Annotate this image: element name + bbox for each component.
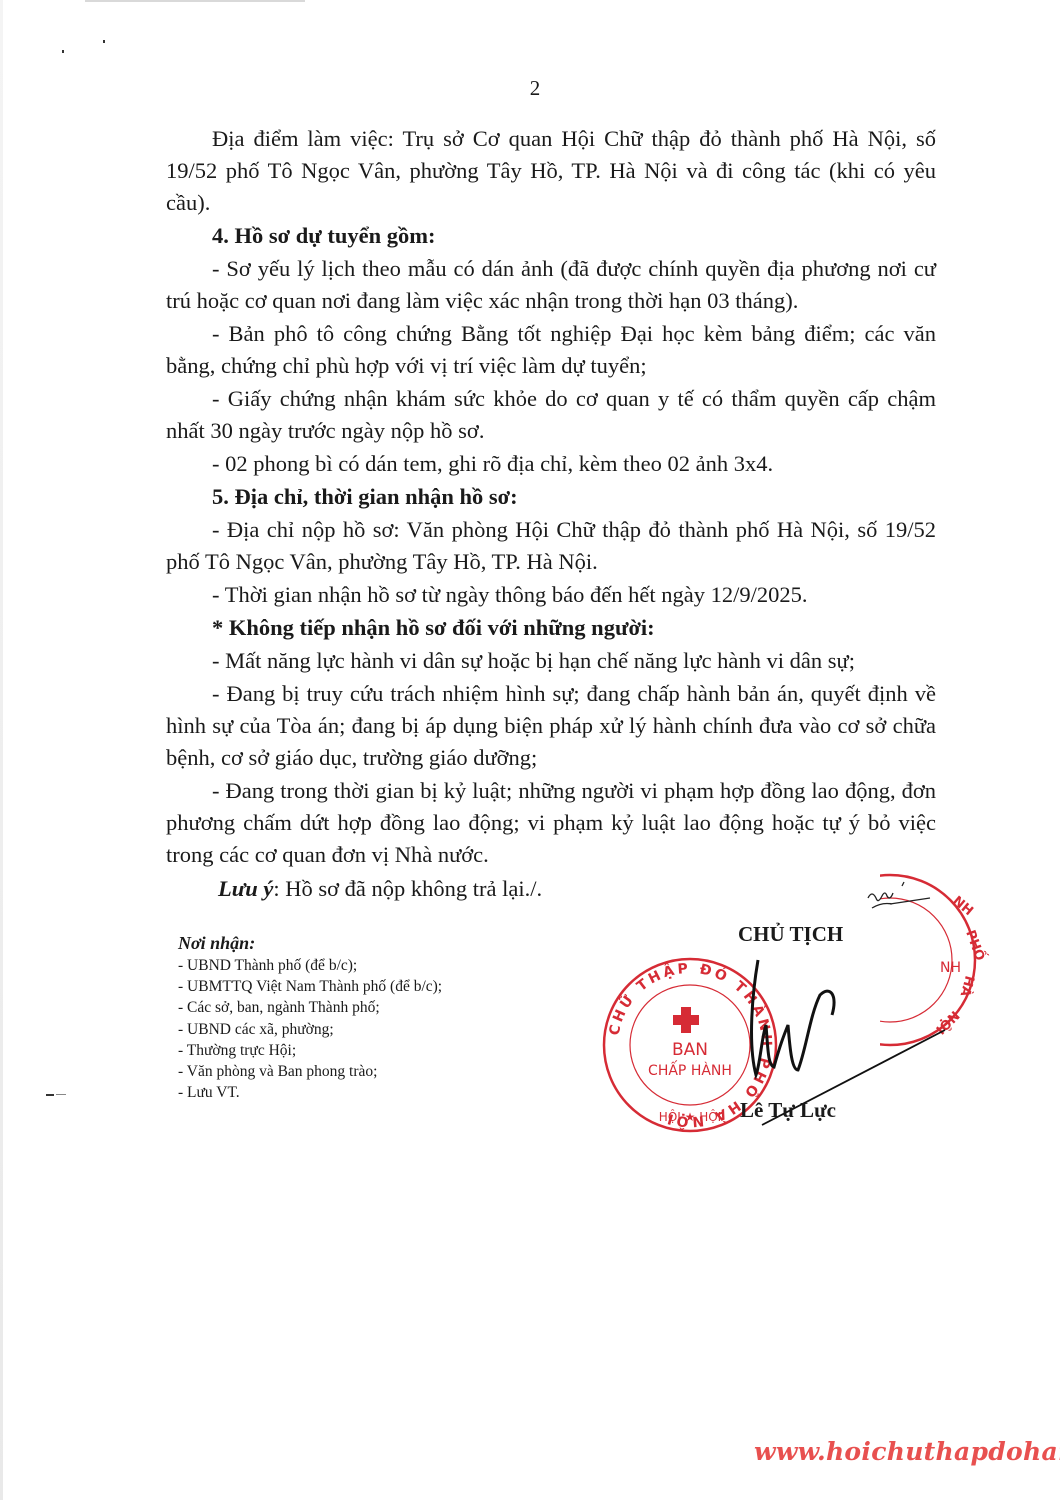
svg-text:PHỐ: PHỐ [962,927,990,963]
note-label: Lưu ý [218,876,273,901]
recipient-item: - Thường trực Hội; [178,1040,442,1061]
work-location-paragraph: Địa điểm làm việc: Trụ sở Cơ quan Hội Ch… [166,123,936,219]
stamp-bottom-text: HỘI ★ HỘI [659,1109,721,1124]
exclusion-item: - Đang bị truy cứu trách nhiệm hình sự; … [166,678,936,774]
section-4-item: - Bản phô tô công chứng Bằng tốt nghiệp … [166,318,936,382]
recipients-block: Nơi nhận: - UBND Thành phố (để b/c); - U… [178,932,442,1103]
stamp-center-line1: BAN [672,1040,708,1060]
svg-text:NH: NH [949,894,975,919]
section-4-item: - Sơ yếu lý lịch theo mẫu có dán ảnh (đã… [166,253,936,317]
section-5-item: - Thời gian nhận hồ sơ từ ngày thông báo… [166,579,936,611]
section-4-item: - Giấy chứng nhận khám sức khỏe do cơ qu… [166,383,936,447]
exclusion-heading: * Không tiếp nhận hồ sơ đối với những ng… [166,612,936,644]
recipient-item: - UBND các xã, phường; [178,1019,442,1040]
recipient-item: - UBND Thành phố (để b/c); [178,955,442,976]
scan-top-mark [85,0,305,2]
approval-initial [860,880,940,920]
scan-speck [56,1094,66,1095]
recipient-item: - Lưu VT. [178,1082,442,1103]
signer-name: Lê Tự Lực [740,1098,836,1123]
scan-speck [62,50,64,53]
scan-edge [0,0,3,1500]
exclusion-item: - Đang trong thời gian bị kỷ luật; những… [166,775,936,871]
exclusion-item: - Mất năng lực hành vi dân sự hoặc bị hạ… [166,645,936,677]
recipients-title: Nơi nhận: [178,932,442,954]
scan-speck [103,40,105,43]
note-text: : Hồ sơ đã nộp không trả lại./. [273,876,542,901]
scan-speck [46,1094,54,1096]
section-5-item: - Địa chỉ nộp hồ sơ: Văn phòng Hội Chữ t… [166,514,936,578]
page-number: 2 [0,76,1060,101]
recipient-item: - Văn phòng và Ban phong trào; [178,1061,442,1082]
section-4-heading: 4. Hồ sơ dự tuyển gồm: [166,220,936,252]
section-4-item: - 02 phong bì có dán tem, ghi rõ địa chỉ… [166,448,936,480]
document-body: Địa điểm làm việc: Trụ sở Cơ quan Hội Ch… [166,123,936,905]
recipient-item: - UBMTTQ Việt Nam Thành phố (để b/c); [178,976,442,997]
stamp-center-line2: CHẤP HÀNH [648,1060,732,1079]
recipient-item: - Các sở, ban, ngành Thành phố; [178,997,442,1018]
note-paragraph: Lưu ý: Hồ sơ đã nộp không trả lại./. [166,873,936,905]
website-watermark: www.hoichuthapdohanoi.vn [754,1437,1060,1466]
signature-title: CHỦ TỊCH [738,922,843,947]
section-5-heading: 5. Địa chỉ, thời gian nhận hồ sơ: [166,481,936,513]
